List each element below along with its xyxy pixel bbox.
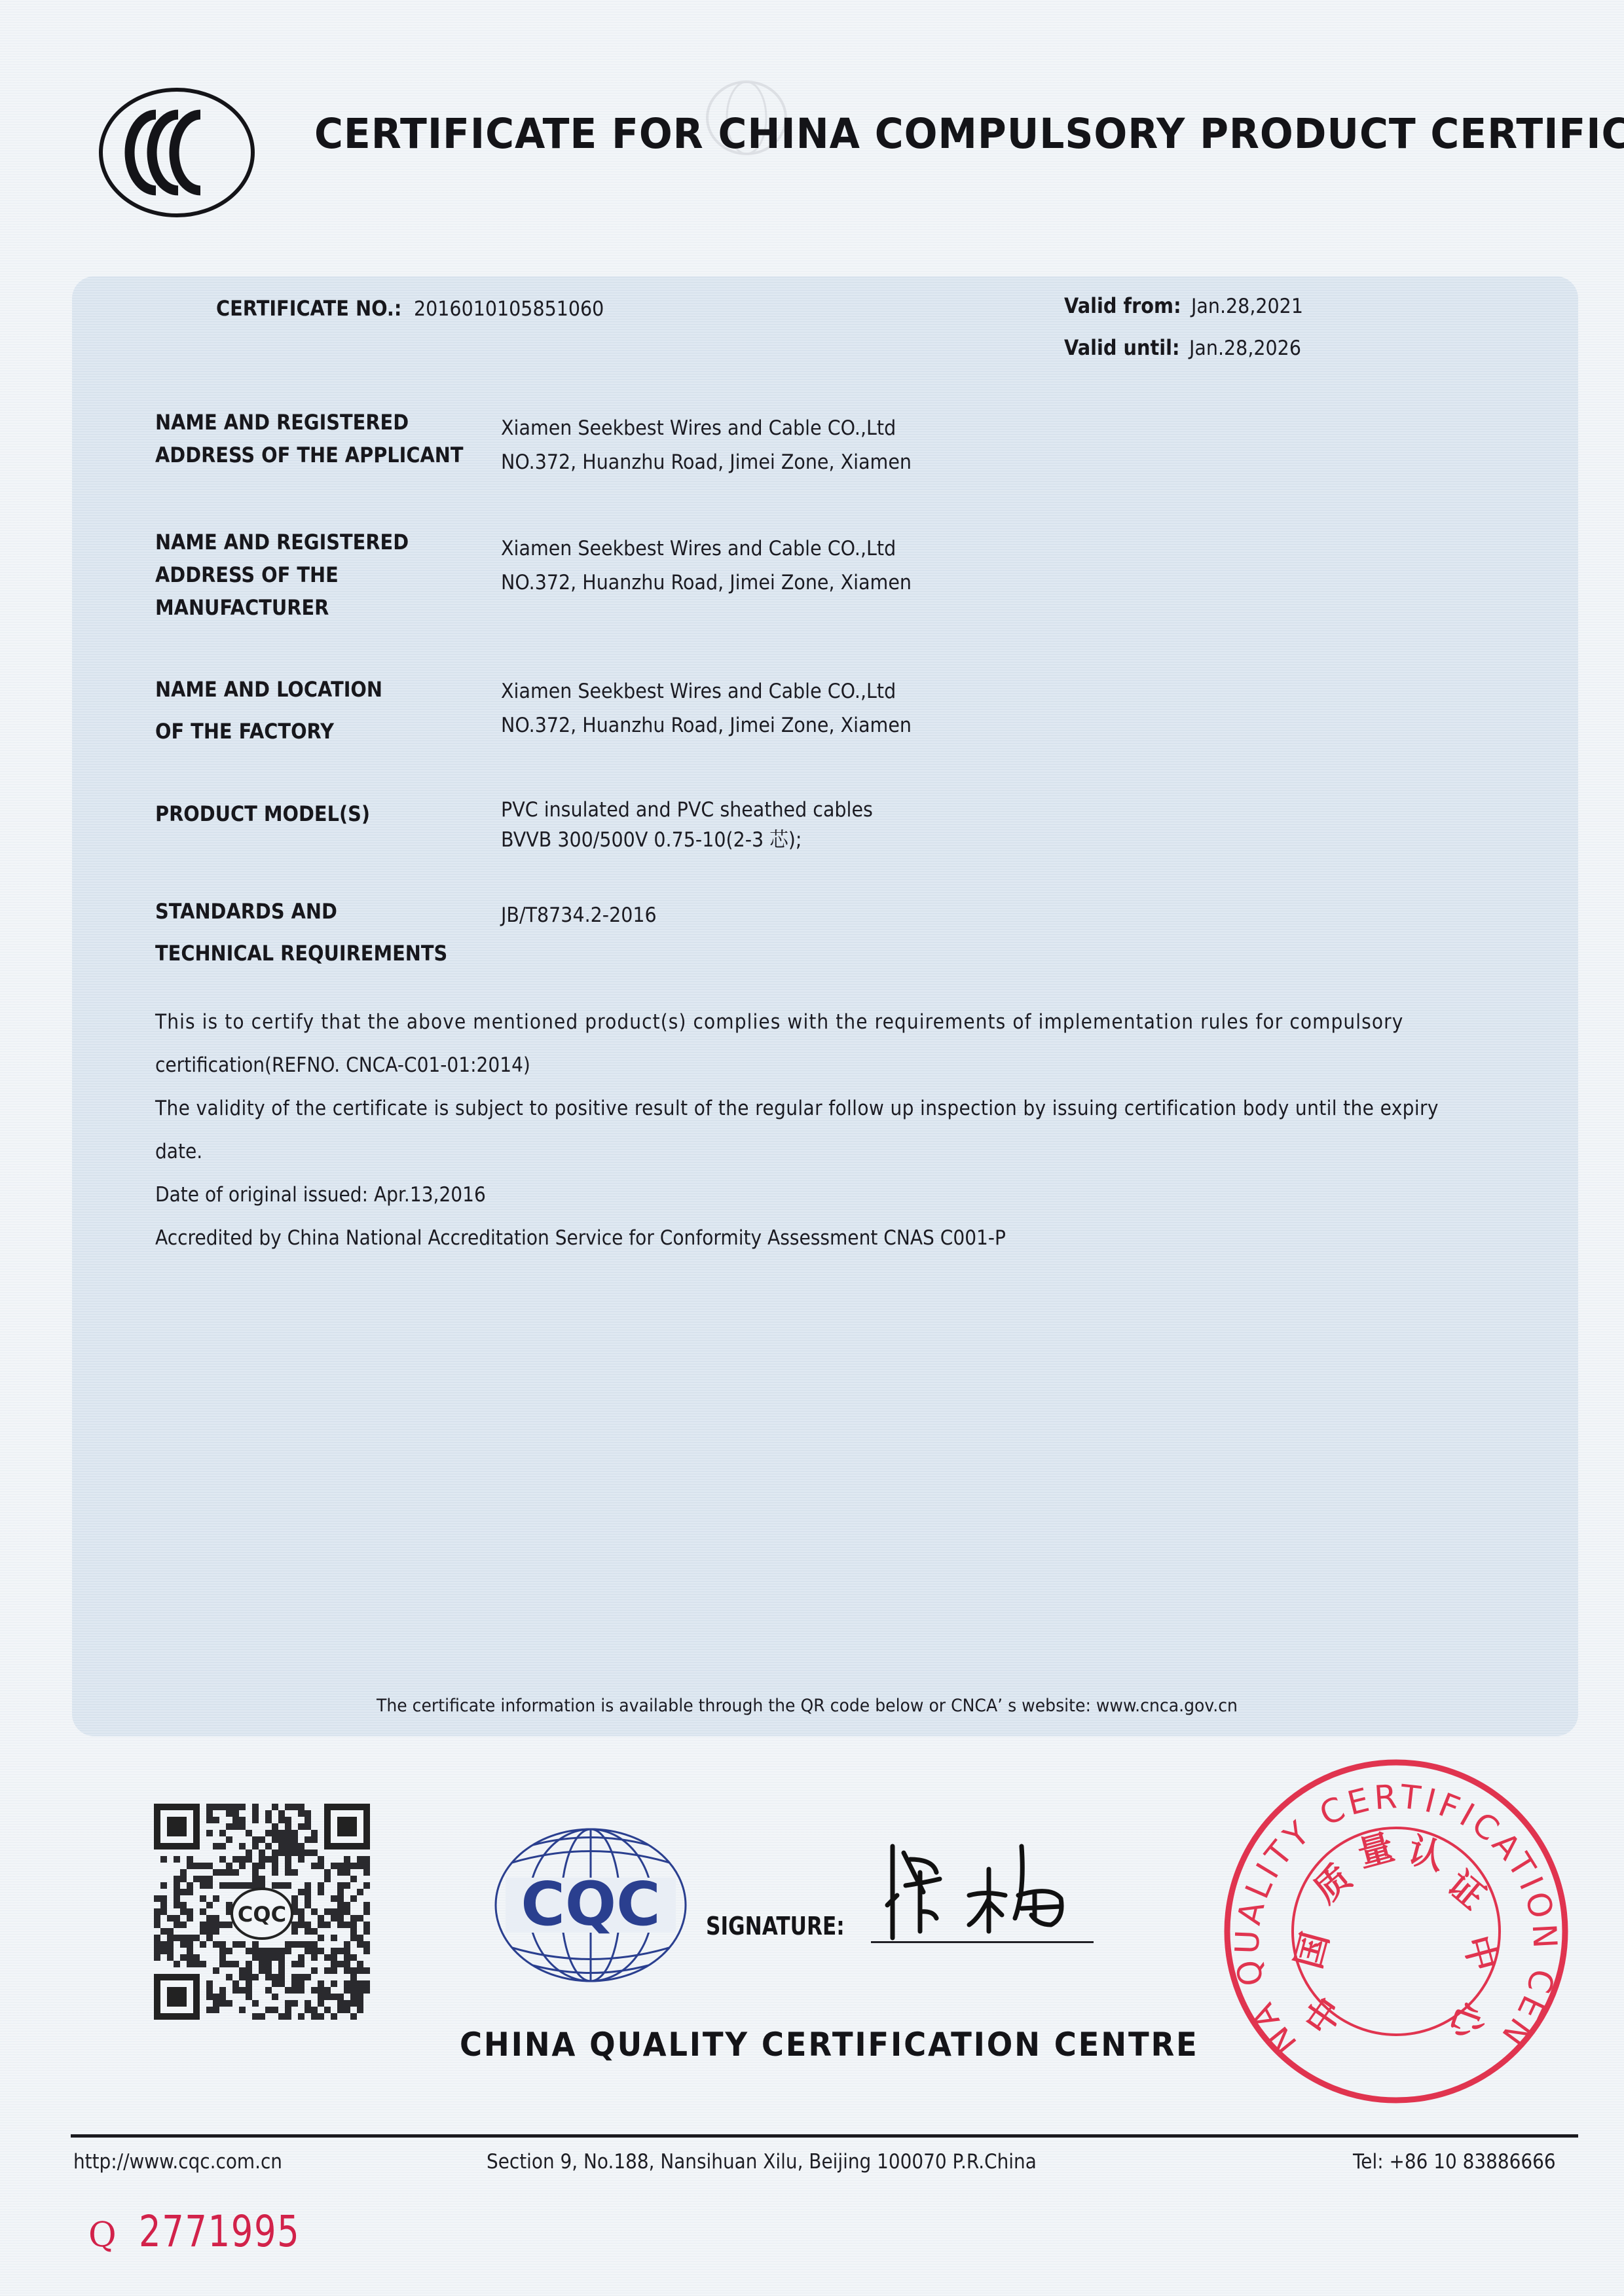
svg-text:证: 证 [1439,1863,1493,1918]
product-model-value: PVC insulated and PVC sheathed cablesBVV… [501,795,873,855]
manufacturer-label: NAME AND REGISTEREDADDRESS OF THEMANUFAC… [155,526,409,624]
issuer-name: CHINA QUALITY CERTIFICATION CENTRE [460,2026,1199,2064]
svg-text:中: 中 [1456,1931,1505,1976]
standards-label: STANDARDS ANDTECHNICAL REQUIREMENTS [155,890,447,974]
applicant-label: NAME AND REGISTEREDADDRESS OF THE APPLIC… [155,406,464,471]
serial-number: Q2771995 [88,2206,341,2259]
valid-from-label: Valid from: [1064,293,1181,318]
certification-statement: This is to certify that the above mentio… [155,1000,1498,1260]
footer-divider [71,2134,1578,2138]
factory-value: Xiamen Seekbest Wires and Cable CO.,LtdN… [501,674,912,742]
statement-line-2: certification(REFNO. CNCA-C01-01:2014) [155,1044,1370,1087]
svg-text:中: 中 [1297,1990,1351,2043]
statement-line-1: This is to certify that the above mentio… [155,1000,1370,1044]
official-red-seal: CHINA QUALITY CERTIFICATION CENTRE 中 国 质… [1219,1755,1573,2108]
cqc-globe-logo: CQC [492,1827,689,1984]
statement-line-4: date. [155,1130,1370,1173]
certificate-number-label: CERTIFICATE NO.: [216,296,401,321]
svg-text:国: 国 [1287,1928,1337,1973]
signature-line [871,1941,1094,1943]
factory-label: NAME AND LOCATIONOF THE FACTORY [155,668,382,752]
standards-value: JB/T8734.2-2016 [501,898,657,932]
signature-label: SIGNATURE: [706,1912,845,1941]
applicant-value: Xiamen Seekbest Wires and Cable CO.,LtdN… [501,411,912,479]
manufacturer-value: Xiamen Seekbest Wires and Cable CO.,LtdN… [501,532,912,600]
product-model-label: PRODUCT MODEL(S) [155,797,370,830]
valid-from-value: Jan.28,2021 [1191,295,1303,318]
svg-text:量: 量 [1354,1826,1398,1875]
serial-digits: 2771995 [139,2206,300,2257]
svg-text:CHINA QUALITY CERTIFICATION CE: CHINA QUALITY CERTIFICATION CENTRE [1219,1755,1564,2062]
footer-website-link[interactable]: http://www.cqc.com.cn [73,2150,282,2174]
svg-text:认: 认 [1404,1829,1449,1878]
svg-text:CQC: CQC [521,1869,660,1939]
qr-code[interactable]: CQC [154,1804,370,2020]
serial-prefix: Q [88,2215,117,2255]
valid-until: Valid until: Jan.28,2026 [1064,335,1311,360]
ccc-mark-logo [98,87,255,218]
certificate-title: CERTIFICATE FOR CHINA COMPULSORY PRODUCT… [314,110,1624,158]
certificate-number-value: 2016010105851060 [414,297,604,321]
statement-line-3: The validity of the certificate is subje… [155,1087,1370,1130]
accreditation-note: Accredited by China National Accreditati… [155,1216,1370,1260]
footer-address: Section 9, No.188, Nansihuan Xilu, Beiji… [487,2150,1037,2174]
svg-text:心: 心 [1441,1997,1492,2045]
svg-text:CQC: CQC [238,1902,286,1927]
footer-telephone: Tel: +86 10 83886666 [1353,2150,1556,2174]
valid-until-value: Jan.28,2026 [1189,337,1301,360]
valid-from: Valid from: Jan.28,2021 [1064,293,1312,318]
original-issue-date: Date of original issued: Apr.13,2016 [155,1173,1370,1216]
handwritten-signature [874,1833,1090,1944]
certificate-number: CERTIFICATE NO.: 2016010105851060 [216,296,621,321]
qr-verification-note: The certificate information is available… [377,1696,1238,1716]
svg-text:质: 质 [1306,1857,1359,1911]
valid-until-label: Valid until: [1064,335,1180,360]
